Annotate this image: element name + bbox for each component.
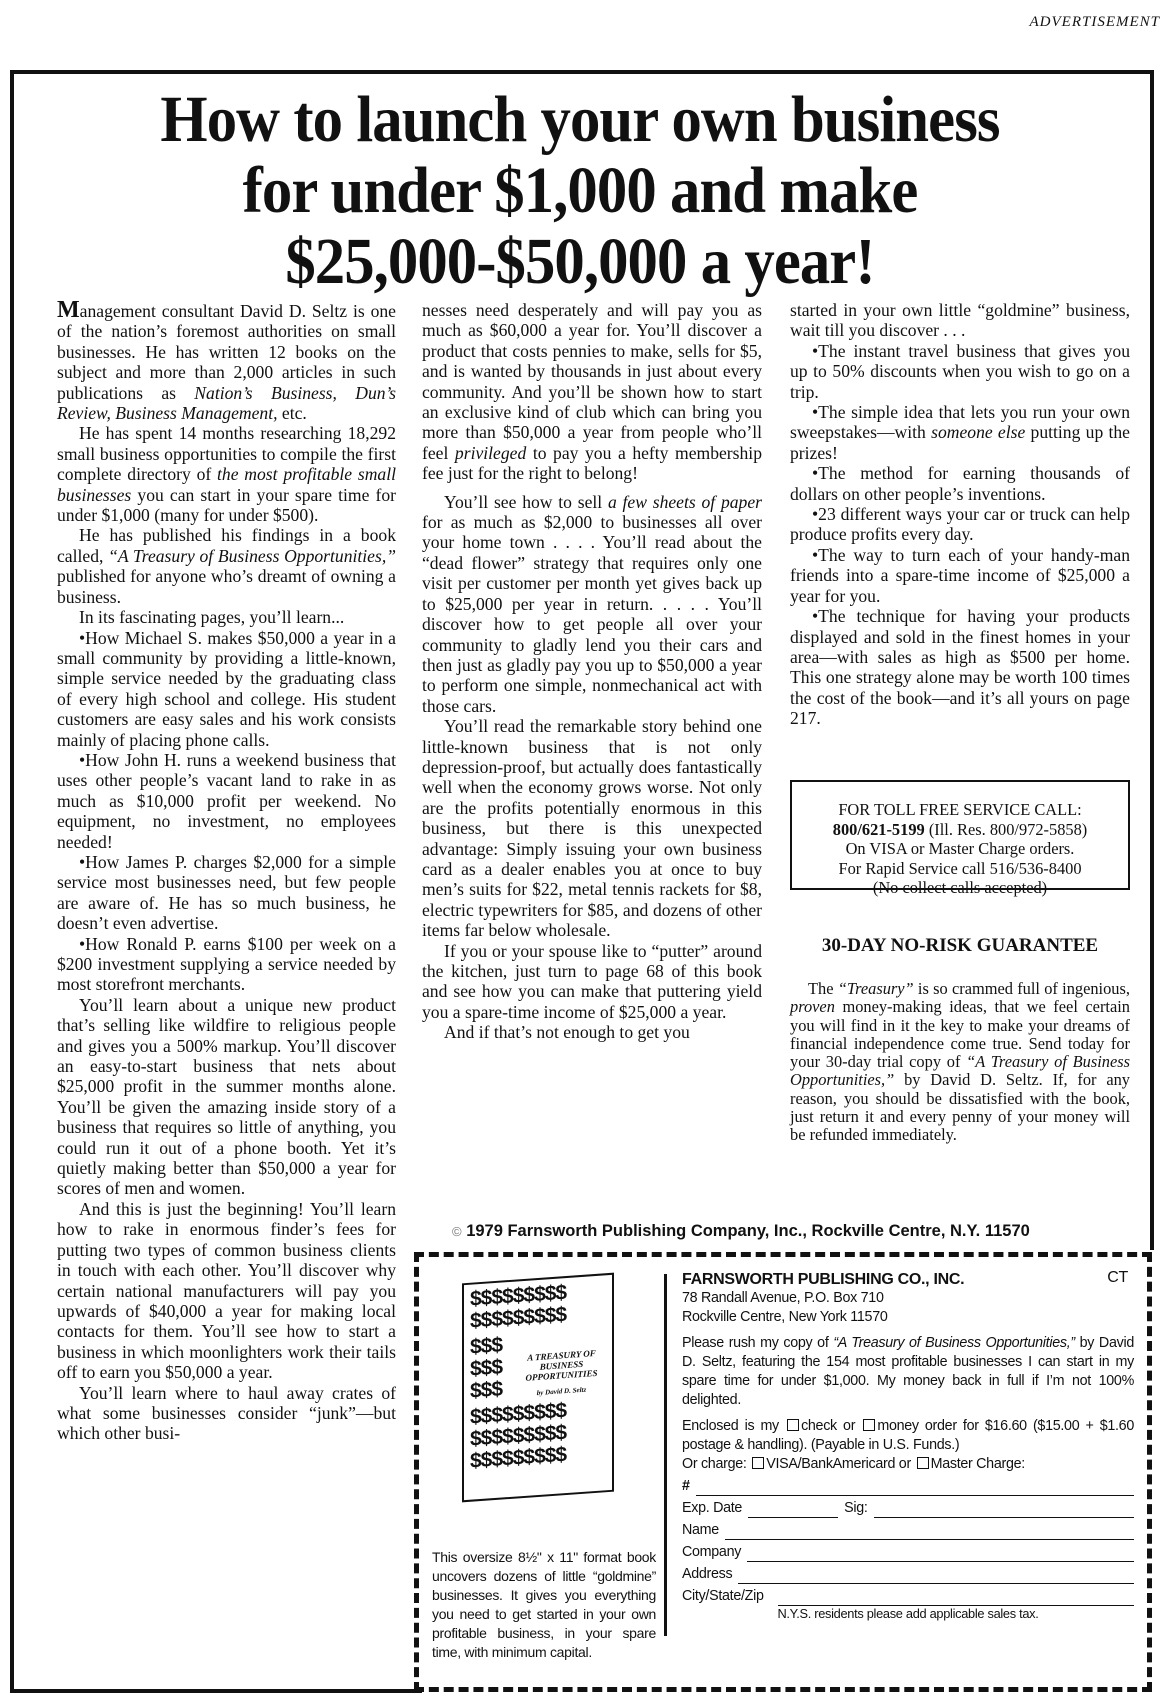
guarantee-title: 30-DAY NO-RISK GUARANTEE bbox=[790, 935, 1130, 957]
order-request-text: Please rush my copy of “A Treasury of Bu… bbox=[682, 1334, 1134, 1410]
frame-border-left bbox=[10, 70, 14, 1693]
money-order-checkbox[interactable] bbox=[863, 1419, 875, 1431]
city-state-zip-field: City/State/Zip bbox=[682, 1584, 1134, 1606]
copyright-line: © 1979 Farnsworth Publishing Company, In… bbox=[452, 1222, 1030, 1241]
body-column-3: started in your own little “goldmine” bu… bbox=[790, 300, 1130, 729]
bullet-item: How Michael S. makes $50,000 a year in a… bbox=[57, 628, 396, 750]
check-checkbox[interactable] bbox=[787, 1419, 799, 1431]
book-cover-title: A TREASURY OF BUSINESS OPPORTUNITIES by … bbox=[514, 1347, 609, 1400]
advertisement-label: ADVERTISEMENT bbox=[1030, 14, 1161, 31]
copyright-icon: © bbox=[452, 1224, 462, 1239]
address-field: Address bbox=[682, 1562, 1134, 1584]
bullet-item: The way to turn each of your handy-man f… bbox=[790, 545, 1130, 606]
body-paragraph: started in your own little “goldmine” bu… bbox=[790, 300, 1130, 341]
frame-border-right bbox=[1150, 70, 1154, 1250]
signature-input[interactable] bbox=[874, 1505, 1134, 1518]
research-paragraph: He has spent 14 months researching 18,29… bbox=[57, 423, 396, 525]
charge-options: Or charge: VISA/BankAmericard or Master … bbox=[682, 1455, 1134, 1474]
body-paragraph: You’ll learn where to haul away crates o… bbox=[57, 1383, 396, 1444]
book-description: This oversize 8½" x 11" format book unco… bbox=[432, 1548, 656, 1662]
company-field: Company bbox=[682, 1540, 1134, 1562]
publisher-address-1: 78 Randall Avenue, P.O. Box 710 bbox=[682, 1289, 1134, 1308]
address-input[interactable] bbox=[738, 1571, 1134, 1584]
book-paragraph: He has published his findings in a book … bbox=[57, 525, 396, 607]
body-paragraph: You’ll learn about a unique new product … bbox=[57, 995, 396, 1199]
order-form: CT FARNSWORTH PUBLISHING CO., INC. 78 Ra… bbox=[682, 1270, 1134, 1623]
learn-paragraph: In its fascinating pages, you’ll learn..… bbox=[57, 607, 396, 627]
payment-options: Enclosed is my check or money order for … bbox=[682, 1417, 1134, 1455]
bullet-item: How James P. charges $2,000 for a simple… bbox=[57, 852, 396, 934]
master-charge-checkbox[interactable] bbox=[917, 1457, 929, 1469]
publisher-address-2: Rockville Centre, New York 11570 bbox=[682, 1308, 1134, 1327]
card-number-field: # bbox=[682, 1474, 1134, 1496]
body-paragraph: If you or your spouse like to “putter” a… bbox=[422, 941, 762, 1023]
body-paragraph: You’ll read the remarkable story behind … bbox=[422, 716, 762, 940]
form-code: CT bbox=[1107, 1268, 1128, 1287]
publisher-name: FARNSWORTH PUBLISHING CO., INC. bbox=[682, 1270, 1134, 1289]
book-cover-image: $$$$$$$$$ $$$$$$$$$ $$$ $$$ $$$ $$$$$$$$… bbox=[462, 1273, 614, 1503]
headline-line-1: How to launch your own business bbox=[160, 83, 999, 156]
guarantee-body: The “Treasury” is so crammed full of ing… bbox=[790, 980, 1130, 1145]
company-input[interactable] bbox=[747, 1549, 1134, 1562]
headline-line-2: for under $1,000 and make bbox=[243, 154, 918, 227]
body-paragraph: nesses need desperately and will pay you… bbox=[422, 300, 762, 484]
exp-sig-field: Exp. DateSig: bbox=[682, 1496, 1134, 1518]
bullet-item: 23 different ways your car or truck can … bbox=[790, 504, 1130, 545]
card-number-input[interactable] bbox=[696, 1483, 1134, 1496]
headline-line-3: $25,000-$50,000 a year! bbox=[285, 225, 874, 298]
body-column-1: Management consultant David D. Seltz is … bbox=[57, 300, 396, 1444]
body-paragraph: And this is just the beginning! You’ll l… bbox=[57, 1199, 396, 1383]
bullet-item: The method for earning thousands of doll… bbox=[790, 463, 1130, 504]
body-column-2: nesses need desperately and will pay you… bbox=[422, 300, 762, 1043]
frame-border-top bbox=[10, 70, 1153, 74]
coupon-divider bbox=[664, 1274, 667, 1636]
sales-tax-note: N.Y.S. residents please add applicable s… bbox=[682, 1604, 1134, 1623]
bullet-item: How John H. runs a weekend business that… bbox=[57, 750, 396, 852]
bullet-item: The technique for having your products d… bbox=[790, 606, 1130, 728]
headline: How to launch your own business for unde… bbox=[65, 84, 1095, 297]
exp-date-input[interactable] bbox=[748, 1505, 838, 1518]
frame-border-bottom bbox=[10, 1689, 422, 1693]
body-paragraph: And if that’s not enough to get you bbox=[422, 1022, 762, 1042]
name-input[interactable] bbox=[725, 1527, 1134, 1540]
intro-paragraph: Management consultant David D. Seltz is … bbox=[57, 300, 396, 423]
name-field: Name bbox=[682, 1518, 1134, 1540]
toll-free-phone[interactable]: 800/621-5199 bbox=[833, 820, 925, 839]
toll-free-box: FOR TOLL FREE SERVICE CALL: 800/621-5199… bbox=[790, 780, 1130, 890]
bullet-item: The instant travel business that gives y… bbox=[790, 341, 1130, 402]
bullet-item: The simple idea that lets you run your o… bbox=[790, 402, 1130, 463]
visa-checkbox[interactable] bbox=[752, 1457, 764, 1469]
bullet-item: How Ronald P. earns $100 per week on a $… bbox=[57, 934, 396, 995]
body-paragraph: You’ll see how to sell a few sheets of p… bbox=[422, 492, 762, 716]
drop-cap: M bbox=[57, 297, 80, 323]
dollar-sign-pattern: $$$$$$$$$ $$$$$$$$$ $$$$$$$$$ bbox=[464, 1397, 612, 1477]
